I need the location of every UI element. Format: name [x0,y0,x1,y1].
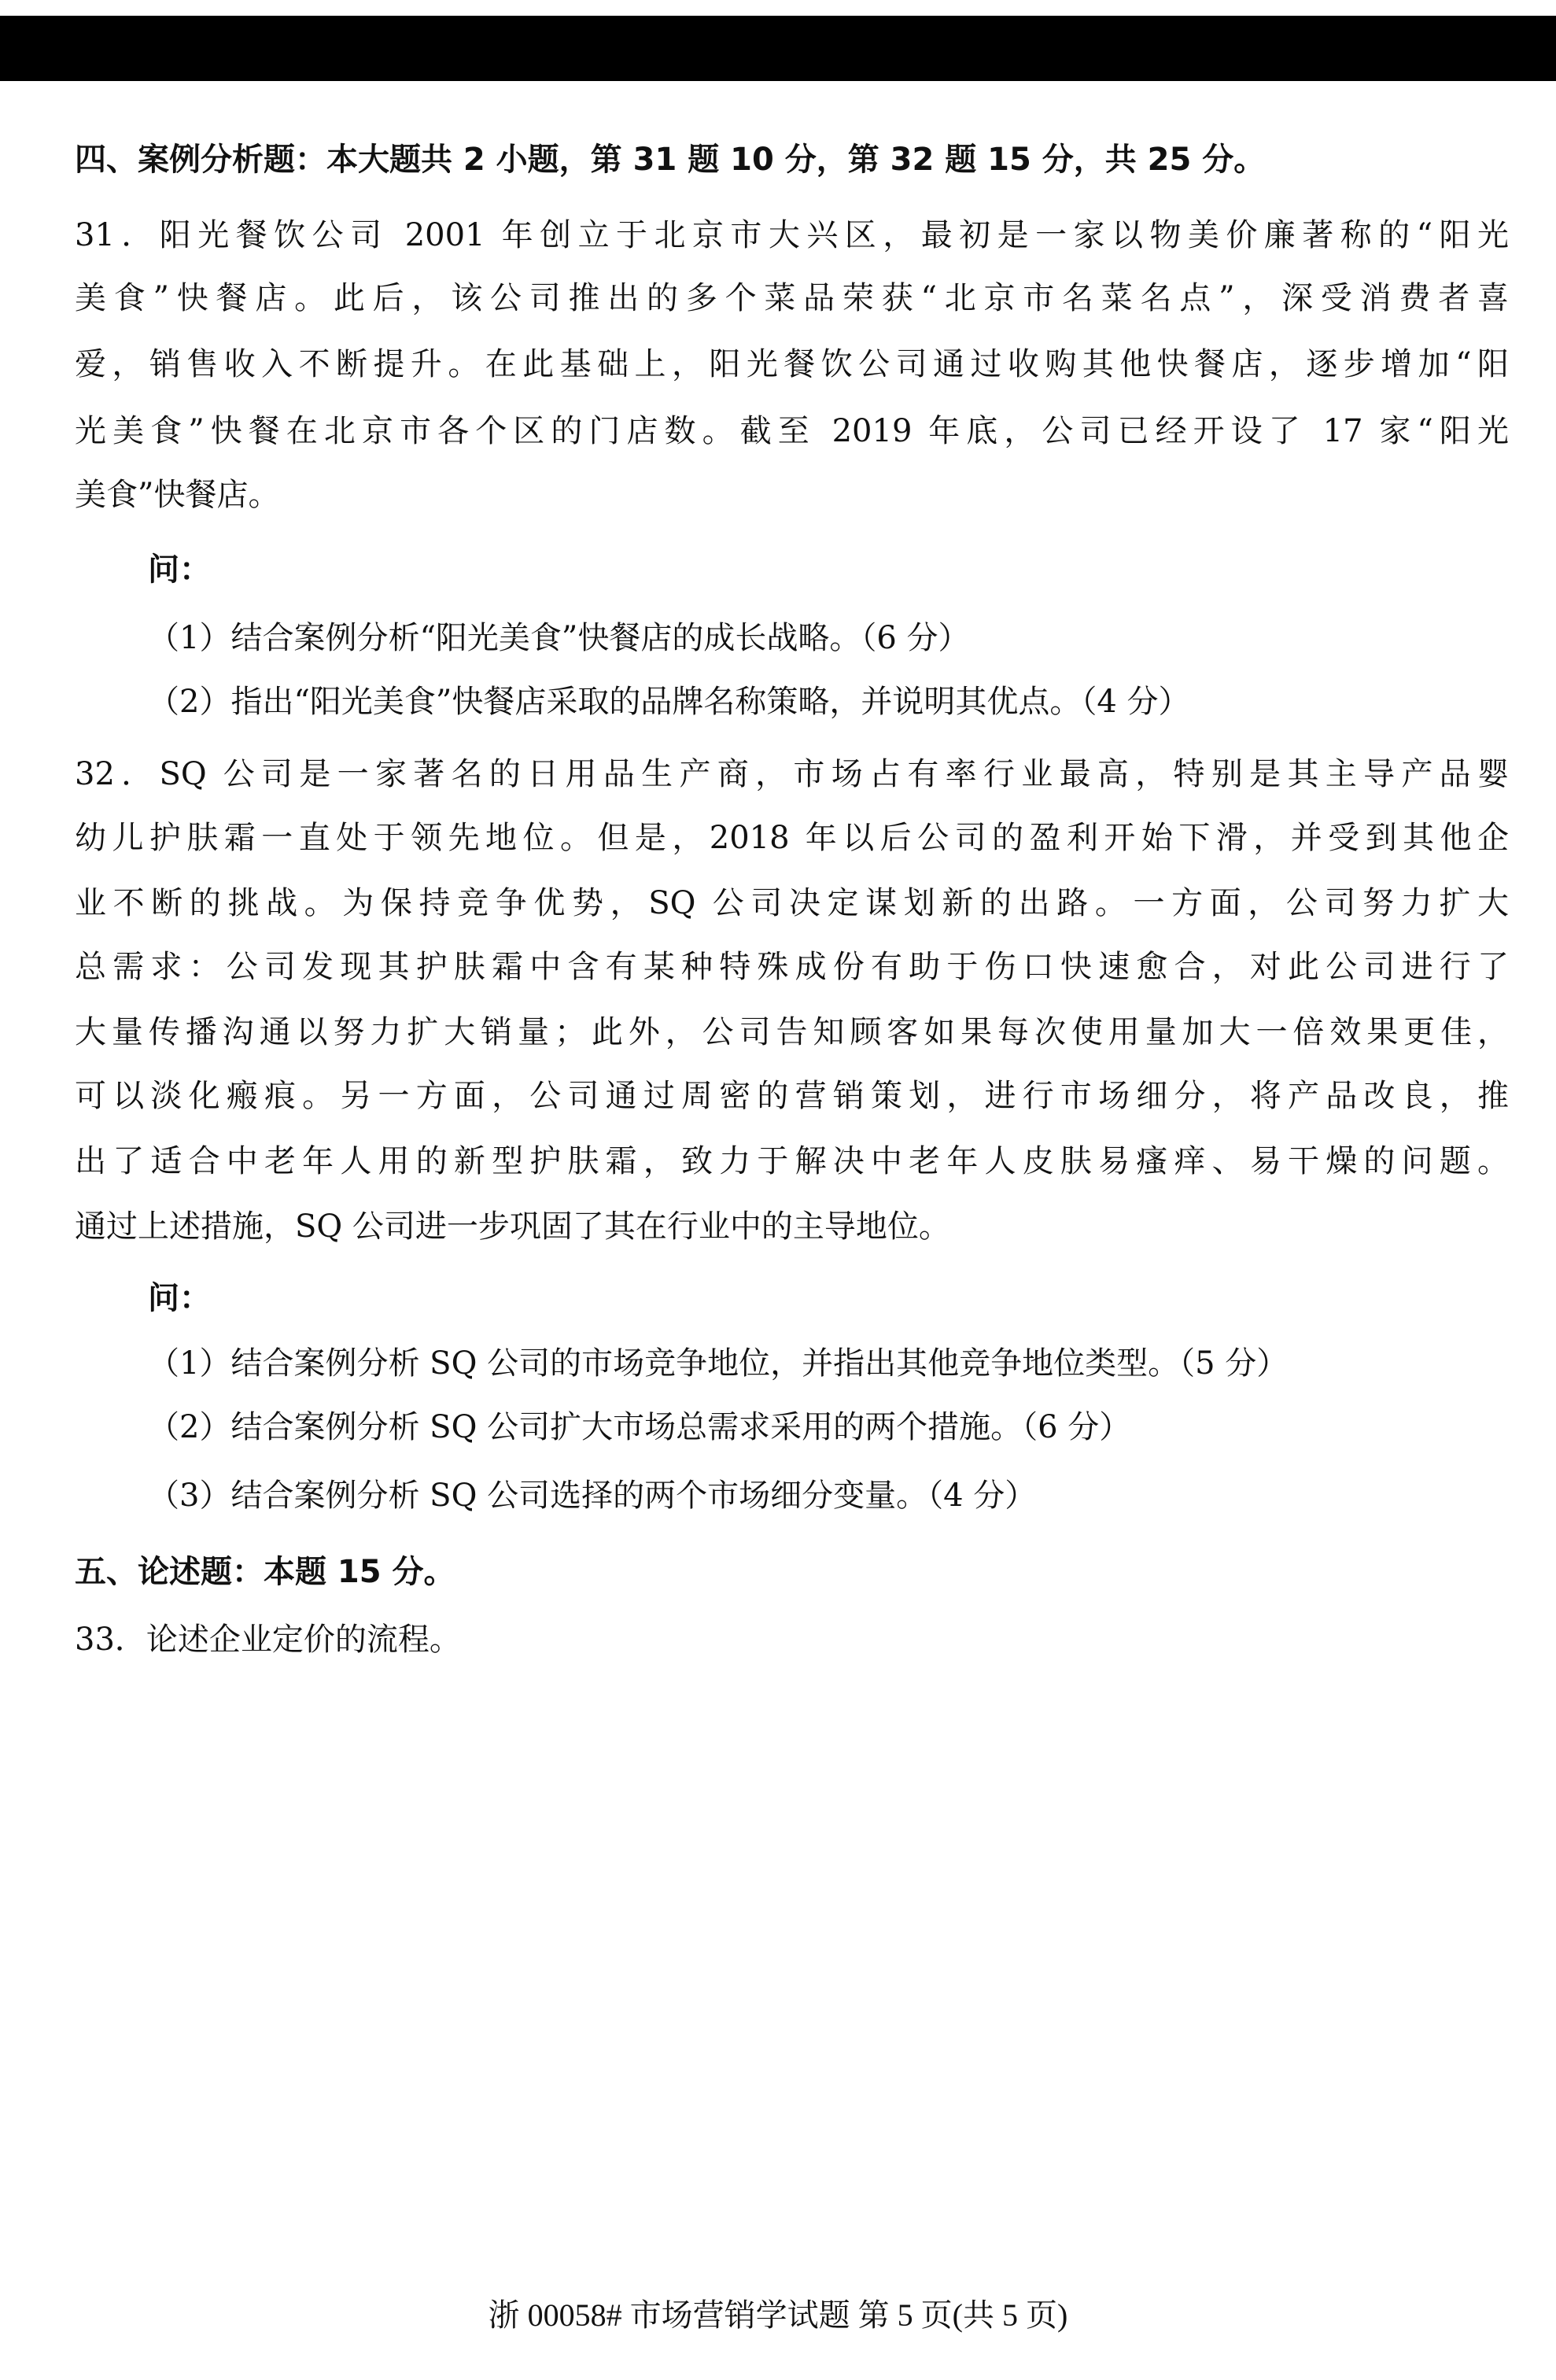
q31-line-3: 爱，销售收入不断提升。在此基础上，阳光餐饮公司通过收购其他快餐店，逐步增加“阳 [75,341,1509,388]
question-33: 33．论述企业定价的流程。 [75,1616,461,1663]
scan-header-bar [0,16,1556,81]
q31-sub-question-2: （2）指出“阳光美食”快餐店采取的品牌名称策略，并说明其优点。（4 分） [148,678,1190,725]
q32-line-3: 业不断的挑战。为保持竞争优势，SQ 公司决定谋划新的出路。一方面，公司努力扩大 [75,880,1509,927]
page-footer: 浙 00058# 市场营销学试题 第 5 页(共 5 页) [0,2292,1556,2339]
q32-sub-question-3: （3）结合案例分析 SQ 公司选择的两个市场细分变量。（4 分） [148,1472,1036,1519]
q31-sub-question-1: （1）结合案例分析“阳光美食”快餐店的成长战略。（6 分） [148,614,970,662]
q32-line-6: 可以淡化瘢痕。另一方面，公司通过周密的营销策划，进行市场细分，将产品改良，推 [75,1072,1509,1120]
q32-line-1: 32．SQ 公司是一家著名的日用品生产商，市场占有率行业最高，特别是其主导产品婴 [75,751,1509,798]
q32-sub-question-1: （1）结合案例分析 SQ 公司的市场竞争地位，并指出其他竞争地位类型。（5 分） [148,1340,1288,1387]
q32-line-5: 大量传播沟通以努力扩大销量；此外，公司告知顾客如果每次使用量加大一倍效果更佳， [75,1009,1509,1056]
q32-ask-label: 问： [148,1275,211,1322]
q31-line-5: 美食”快餐店。 [75,471,279,518]
q31-line-1: 31．阳光餐饮公司 2001 年创立于北京市大兴区，最初是一家以物美价廉著称的“… [75,212,1509,259]
q32-line-8: 通过上述措施，SQ 公司进一步巩固了其在行业中的主导地位。 [75,1203,950,1250]
q32-line-4: 总需求：公司发现其护肤霜中含有某种特殊成份有助于伤口快速愈合，对此公司进行了 [75,943,1509,991]
q31-ask-label: 问： [148,546,211,593]
q31-line-4: 光美食”快餐在北京市各个区的门店数。截至 2019 年底，公司已经开设了 17 … [75,408,1509,455]
section-4-heading: 四、案例分析题：本大题共 2 小题，第 31 题 10 分，第 32 题 15 … [75,136,1265,183]
q32-line-7: 出了适合中老年人用的新型护肤霜，致力于解决中老年人皮肤易瘙痒、易干燥的问题。 [75,1138,1509,1185]
q32-line-2: 幼儿护肤霜一直处于领先地位。但是，2018 年以后公司的盈利开始下滑，并受到其他… [75,814,1509,862]
q32-sub-question-2: （2）结合案例分析 SQ 公司扩大市场总需求采用的两个措施。（6 分） [148,1404,1130,1451]
q31-line-2: 美食”快餐店。此后，该公司推出的多个菜品荣获“北京市名菜名点”，深受消费者喜 [75,275,1509,322]
section-5-heading: 五、论述题：本题 15 分。 [75,1548,455,1596]
